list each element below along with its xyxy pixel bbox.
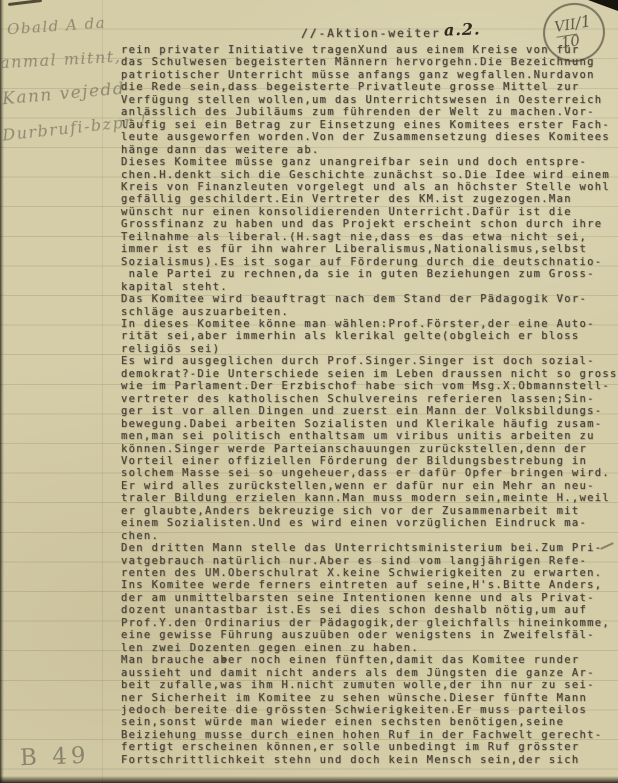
handwritten-note-line-1: Obald A da bbox=[6, 14, 106, 39]
scan-edge-bottom bbox=[0, 776, 618, 783]
handwritten-note-line-3: Kann vejedd bbox=[1, 79, 126, 110]
archive-stamp-suffix: /1 bbox=[574, 11, 592, 32]
document-title-typed: //-Aktion-weiter bbox=[301, 26, 441, 40]
scan-edge-left bbox=[0, 0, 4, 783]
folio-mark: B 49 bbox=[20, 743, 90, 771]
scan-mark-top-left bbox=[8, 0, 42, 6]
document-title-handwritten: a.2. bbox=[443, 19, 480, 39]
scanned-document-page: VII/1 10 Obald A da anmal mitnt, Kann ve… bbox=[0, 0, 618, 783]
document-title: //-Aktion-weitera.2. bbox=[301, 22, 480, 41]
handwritten-note-line-2: anmal mitnt, bbox=[0, 47, 122, 72]
document-body-text: rein privater Initiative tragenXund aus … bbox=[121, 44, 618, 777]
